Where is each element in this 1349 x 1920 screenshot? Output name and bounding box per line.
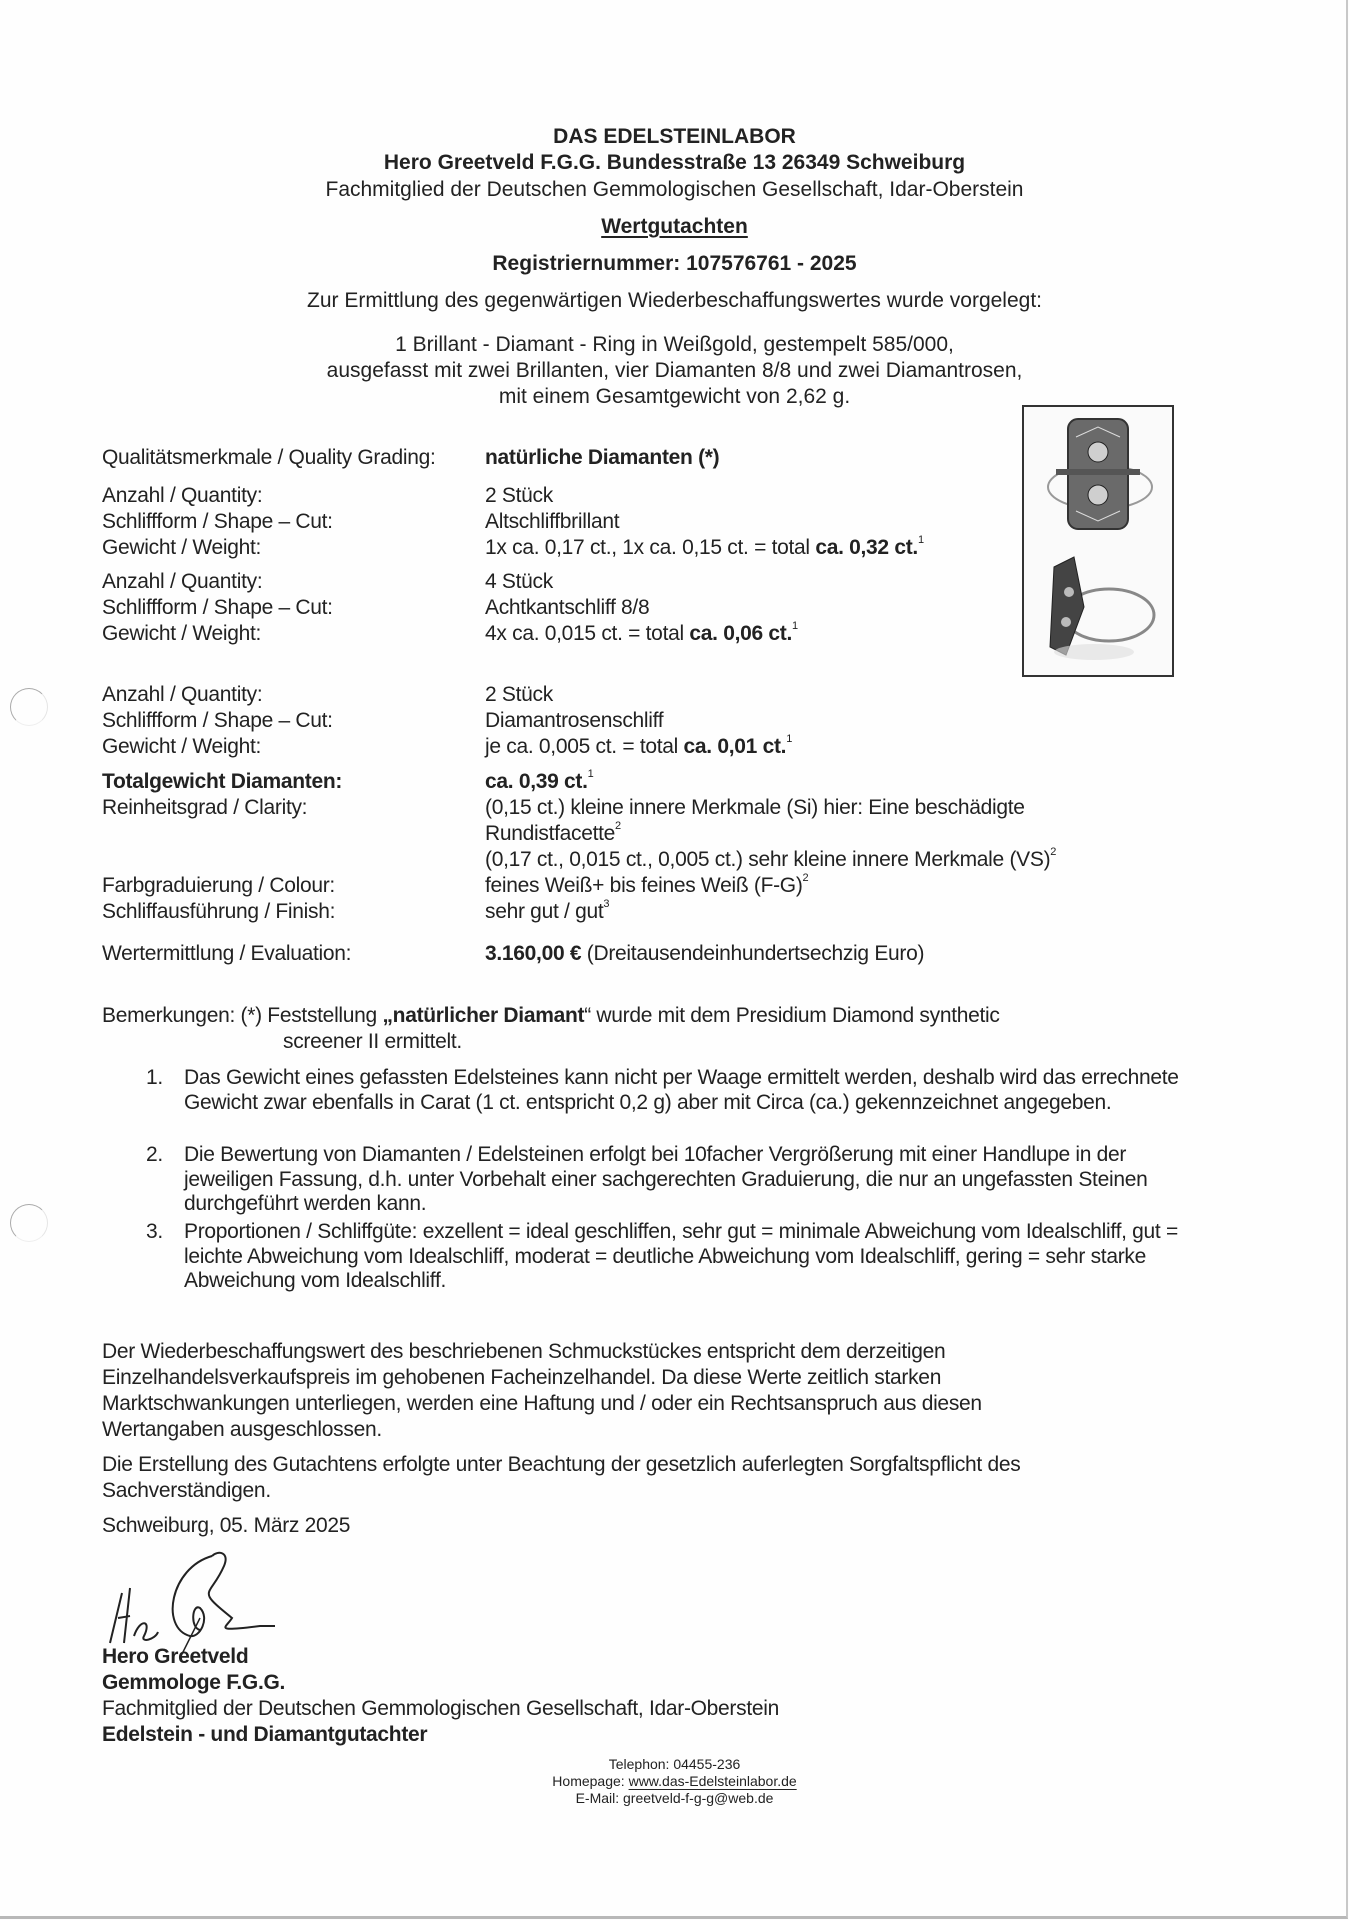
note-number: 3.: [146, 1220, 163, 1244]
closing-paragraph-2: Die Erstellung des Gutachtens erfolgte u…: [102, 1452, 1162, 1504]
weight-value: je ca. 0,005 ct. = total ca. 0,01 ct.1: [485, 735, 792, 759]
intro-lead: Zur Ermittlung des gegenwärtigen Wiederb…: [0, 289, 1349, 313]
note-number: 2.: [146, 1143, 163, 1167]
clarity-line-2: Rundistfacette2: [485, 822, 621, 846]
place-date: Schweiburg, 05. März 2025: [102, 1514, 350, 1538]
closing-paragraph-1: Der Wiederbeschaffungswert des beschrieb…: [102, 1339, 1102, 1443]
clarity-label: Reinheitsgrad / Clarity:: [102, 796, 307, 820]
quantity-value: 4 Stück: [485, 570, 553, 594]
cut-value: Altschliffbrillant: [485, 510, 619, 534]
lab-address: Hero Greetveld F.G.G. Bundesstraße 13 26…: [0, 151, 1349, 175]
signer-name: Hero Greetveld: [102, 1645, 248, 1669]
signer-membership: Fachmitglied der Deutschen Gemmologische…: [102, 1697, 779, 1721]
weight-label: Gewicht / Weight:: [102, 735, 261, 759]
footer-homepage: Homepage: www.das-Edelsteinlabor.de: [0, 1773, 1349, 1790]
quantity-label: Anzahl / Quantity:: [102, 570, 262, 594]
signer-title: Gemmologe F.G.G.: [102, 1671, 285, 1695]
signer-role: Edelstein - und Diamantgutachter: [102, 1723, 427, 1747]
quantity-value: 2 Stück: [485, 683, 553, 707]
footer-phone: Telephon: 04455-236: [0, 1756, 1349, 1773]
evaluation-value: 3.160,00 € (Dreitausendeinhundertsechzig…: [485, 942, 924, 966]
note-text: Die Bewertung von Diamanten / Edelsteine…: [184, 1143, 1204, 1217]
punch-hole: [10, 1204, 48, 1242]
total-weight-value: ca. 0,39 ct.1: [485, 770, 593, 794]
quality-value: natürliche Diamanten (*): [485, 446, 719, 470]
document-title: Wertgutachten: [0, 215, 1349, 239]
item-line-1: 1 Brillant - Diamant - Ring in Weißgold,…: [0, 333, 1349, 357]
finish-label: Schliffausführung / Finish:: [102, 900, 335, 924]
lab-membership: Fachmitglied der Deutschen Gemmologische…: [0, 178, 1349, 202]
homepage-link[interactable]: www.das-Edelsteinlabor.de: [629, 1773, 797, 1789]
cut-label: Schliffform / Shape – Cut:: [102, 596, 333, 620]
quantity-value: 2 Stück: [485, 484, 553, 508]
quantity-label: Anzahl / Quantity:: [102, 484, 262, 508]
note-number: 1.: [146, 1066, 163, 1090]
item-line-2: ausgefasst mit zwei Brillanten, vier Dia…: [0, 359, 1349, 383]
footer-email: E-Mail: greetveld-f-g-g@web.de: [0, 1790, 1349, 1807]
document-page: DAS EDELSTEINLABOR Hero Greetveld F.G.G.…: [0, 0, 1348, 1919]
remarks-line-1: Bemerkungen: (*) Feststellung „natürlich…: [102, 1004, 1000, 1028]
weight-label: Gewicht / Weight:: [102, 622, 261, 646]
colour-label: Farbgraduierung / Colour:: [102, 874, 335, 898]
lab-name: DAS EDELSTEINLABOR: [0, 125, 1349, 149]
weight-label: Gewicht / Weight:: [102, 536, 261, 560]
cut-value: Diamantrosenschliff: [485, 709, 663, 733]
total-weight-label: Totalgewicht Diamanten:: [102, 770, 342, 794]
punch-hole: [10, 688, 48, 726]
quantity-label: Anzahl / Quantity:: [102, 683, 262, 707]
weight-value: 4x ca. 0,015 ct. = total ca. 0,06 ct.1: [485, 622, 798, 646]
evaluation-label: Wertermittlung / Evaluation:: [102, 942, 351, 966]
signature-icon: [100, 1548, 340, 1658]
cut-value: Achtkantschliff 8/8: [485, 596, 649, 620]
weight-value: 1x ca. 0,17 ct., 1x ca. 0,15 ct. = total…: [485, 536, 924, 560]
ring-photo: [1022, 405, 1174, 677]
colour-value: feines Weiß+ bis feines Weiß (F-G)2: [485, 874, 808, 898]
remarks-line-2: screener II ermittelt.: [283, 1030, 462, 1054]
note-text: Das Gewicht eines gefassten Edelsteines …: [184, 1066, 1204, 1115]
clarity-line-1: (0,15 ct.) kleine innere Merkmale (Si) h…: [485, 796, 1025, 820]
clarity-line-3: (0,17 ct., 0,015 ct., 0,005 ct.) sehr kl…: [485, 848, 1056, 872]
quality-label: Qualitätsmerkmale / Quality Grading:: [102, 446, 436, 470]
cut-label: Schliffform / Shape – Cut:: [102, 709, 333, 733]
registration-number: Registriernummer: 107576761 - 2025: [0, 252, 1349, 276]
note-text: Proportionen / Schliffgüte: exzellent = …: [184, 1220, 1204, 1294]
cut-label: Schliffform / Shape – Cut:: [102, 510, 333, 534]
finish-value: sehr gut / gut3: [485, 900, 609, 924]
